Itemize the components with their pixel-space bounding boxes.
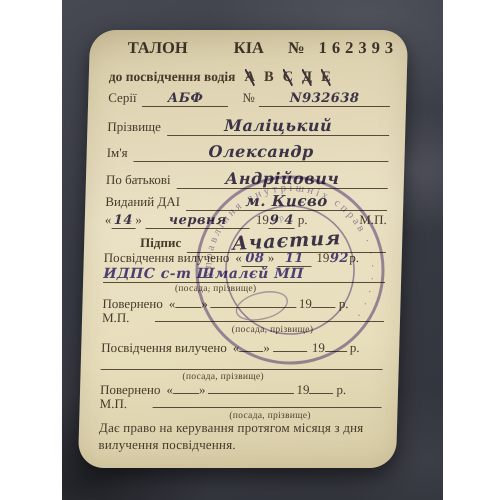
firstname-value: Олександр [133,142,389,162]
quote-open: « [233,340,240,356]
surname-row: Прізвище Маліцький [107,116,390,136]
caption-position-surname: (посада, прізвище) [182,372,264,382]
series-number-value: N932638 [259,91,391,107]
category-letter-b: В [264,69,274,86]
signature-label: Підпис [140,235,182,251]
withdrawn1-day-value: 08 [242,251,268,267]
issue-year-value: 9 4 [269,213,295,229]
surname-value: Маліцький [167,116,390,136]
withdrawn1-label: Посвідчення вилучено [104,250,230,266]
withdrawn2-officer-line [101,355,383,370]
issued-row: Виданий ДАІ м. Києво [105,192,388,211]
withdrawn1-officer-value: ИДПС с-т Шмалєй МП [103,266,304,282]
subtitle-row: до посвідчення водія А В С Д Е [109,69,391,86]
issue-day-value: 14 [111,213,135,229]
coupon-card: ТАЛОН КІА № 162393 до посвідчення водія … [78,30,408,468]
header-org: КІА [233,38,264,58]
header-title: ТАЛОН [127,38,188,58]
numero-sign: № [288,38,305,58]
issued-place-value: м. Києво [186,192,388,211]
year-suffix: р. [298,212,308,228]
mp-label: М.П. [99,396,127,412]
returned2-mp-row: М.П. [99,396,381,412]
firstname-row: Ім'я Олександр [106,142,389,162]
category-letter-e: Е [321,69,331,86]
patronymic-row: По батькові Андрійович [106,169,389,189]
withdrawn2-row: Посвідчення вилучено « » 19 р. [101,340,383,356]
caption-position-surname: (посада, прізвище) [175,284,257,294]
series-value: АБФ [142,91,228,107]
category-letter-c: С [282,69,293,86]
quote-close: » [135,212,142,228]
patronymic-value: Андрійович [176,169,388,189]
photo-background: ТАЛОН КІА № 162393 до посвідчення водія … [62,0,443,500]
year-prefix: 19 [316,250,329,266]
card-header: ТАЛОН КІА № 162393 [109,38,392,58]
year-suffix: р. [349,250,359,266]
mp-label: М.П. [359,212,387,228]
category-letter-a: А [244,69,255,86]
caption-position-surname: (посада, прізвище) [232,325,314,335]
footer-note: Дає право на керування протягом місяця з… [98,420,381,453]
series-row: Серії АБФ № N932638 [108,90,390,107]
year-suffix: р. [350,340,360,356]
quote-close: » [268,250,275,266]
subtitle-label: до посвідчення водія [109,69,236,85]
withdrawn1-year-value: 92 [329,251,349,266]
firstname-label: Ім'я [106,145,127,161]
year-prefix: 19 [256,212,269,228]
series-label: Серії [108,90,137,106]
category-letter-d: Д [302,69,312,86]
surname-label: Прізвище [107,119,161,135]
withdrawn1-month-value: 11 [277,251,311,267]
withdrawn1-row: Посвідчення вилучено « 08 » 11 19 92 р. [103,250,385,267]
returned1-mp-row: М.П. [102,310,384,326]
patronymic-label: По батькові [106,172,171,188]
numero-sign: № [242,90,255,106]
withdrawn2-label: Посвідчення вилучено [101,340,227,356]
mp-label: М.П. [102,310,130,326]
issue-month-value: червня [146,213,250,229]
year-prefix: 19 [312,340,325,356]
issued-label: Виданий ДАІ [105,194,180,210]
withdrawn1-officer-line: ИДПС с-т Шмалєй МП [103,266,385,283]
issue-date-row: « 14 » червня 19 9 4 р. М.П. [105,212,387,229]
quote-close: » [263,340,270,356]
coupon-number: 162393 [318,38,398,58]
